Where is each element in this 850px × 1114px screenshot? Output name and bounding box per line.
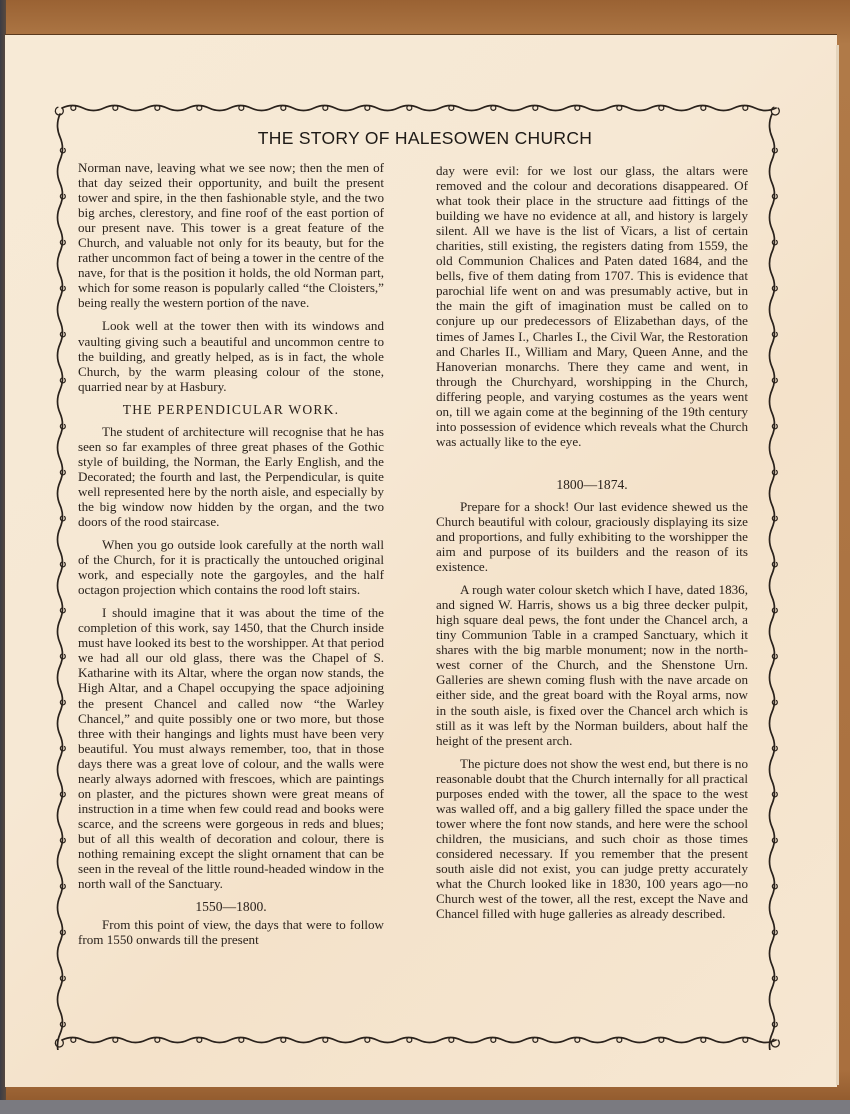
paragraph: Look well at the tower then with its win… [78, 318, 384, 393]
page-edge [836, 45, 839, 1085]
paragraph: From this point of view, the days that w… [78, 917, 384, 947]
paragraph: day were evil: for we lost our glass, th… [436, 163, 748, 449]
page-title: THE STORY OF HALESOWEN CHURCH [0, 128, 850, 149]
period-heading: 1800—1874. [436, 477, 748, 493]
paragraph: Norman nave, leaving what we see now; th… [78, 160, 384, 310]
scan-bottom-edge [0, 1100, 850, 1114]
right-column: day were evil: for we lost our glass, th… [436, 163, 748, 929]
left-column: Norman nave, leaving what we see now; th… [78, 160, 384, 955]
paragraph: Prepare for a shock! Our last evidence s… [436, 499, 748, 574]
paragraph: The picture does not show the west end, … [436, 756, 748, 922]
paragraph: When you go outside look carefully at th… [78, 537, 384, 597]
paragraph: I should imagine that it was about the t… [78, 605, 384, 891]
section-heading: THE PERPENDICULAR WORK. [78, 402, 384, 418]
paragraph: The student of architecture will recogni… [78, 424, 384, 529]
period-heading: 1550—1800. [78, 899, 384, 915]
paragraph: A rough water colour sketch which I have… [436, 582, 748, 748]
